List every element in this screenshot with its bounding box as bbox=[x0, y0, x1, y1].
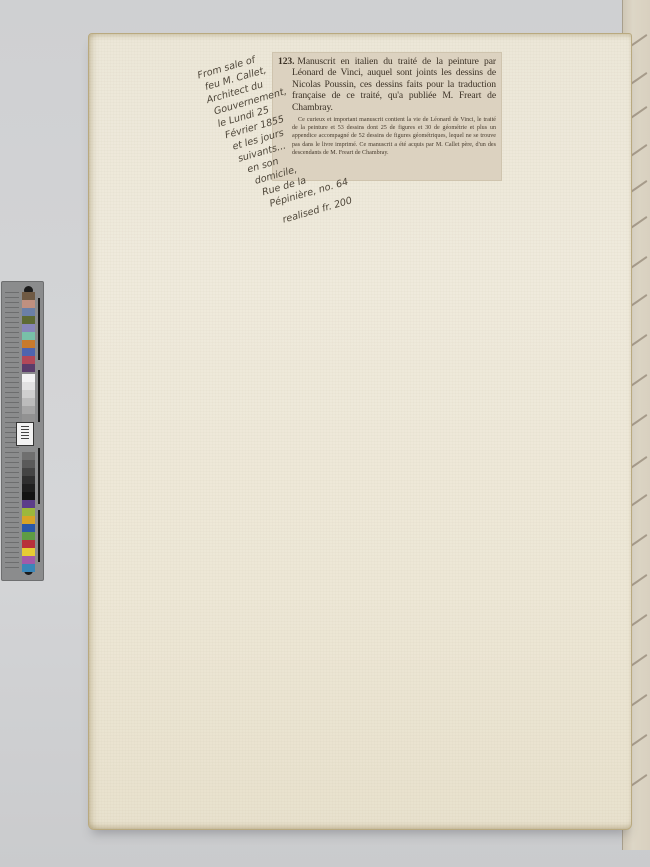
color-swatch bbox=[22, 452, 35, 460]
color-swatch bbox=[22, 556, 35, 564]
target-label bbox=[16, 422, 34, 446]
color-swatch bbox=[22, 382, 35, 390]
scale-bar bbox=[38, 298, 40, 360]
color-swatch bbox=[22, 300, 35, 308]
scale-bar bbox=[38, 370, 40, 422]
color-swatch bbox=[22, 332, 35, 340]
dark-swatches bbox=[22, 452, 35, 500]
color-swatch bbox=[22, 406, 35, 414]
color-swatch bbox=[22, 500, 35, 508]
gray-swatches bbox=[22, 374, 35, 422]
color-swatch bbox=[22, 492, 35, 500]
clipping-title: 123.Manuscrit en italien du traité de la… bbox=[278, 56, 496, 113]
color-swatch bbox=[22, 348, 35, 356]
color-swatch bbox=[22, 292, 35, 300]
color-swatch bbox=[22, 364, 35, 372]
color-swatch bbox=[22, 414, 35, 422]
color-swatches-top bbox=[22, 292, 35, 372]
scale-bar bbox=[38, 510, 40, 562]
color-swatch bbox=[22, 484, 35, 492]
color-swatch bbox=[22, 460, 35, 468]
color-swatch bbox=[22, 532, 35, 540]
color-swatch bbox=[22, 324, 35, 332]
lot-title: Manuscrit en italien du traité de la pei… bbox=[292, 56, 496, 113]
color-swatch bbox=[22, 516, 35, 524]
color-swatch bbox=[22, 476, 35, 484]
color-swatch bbox=[22, 524, 35, 532]
color-swatch bbox=[22, 316, 35, 324]
color-swatches-bottom bbox=[22, 500, 35, 572]
color-swatch bbox=[22, 390, 35, 398]
color-swatch bbox=[22, 548, 35, 556]
color-calibration-target bbox=[1, 281, 44, 581]
color-swatch bbox=[22, 340, 35, 348]
color-swatch bbox=[22, 308, 35, 316]
color-swatch bbox=[22, 508, 35, 516]
scale-bar bbox=[38, 448, 40, 504]
color-swatch bbox=[22, 356, 35, 364]
color-swatch bbox=[22, 398, 35, 406]
color-swatch bbox=[22, 468, 35, 476]
color-swatch bbox=[22, 540, 35, 548]
color-swatch bbox=[22, 564, 35, 572]
color-swatch bbox=[22, 374, 35, 382]
